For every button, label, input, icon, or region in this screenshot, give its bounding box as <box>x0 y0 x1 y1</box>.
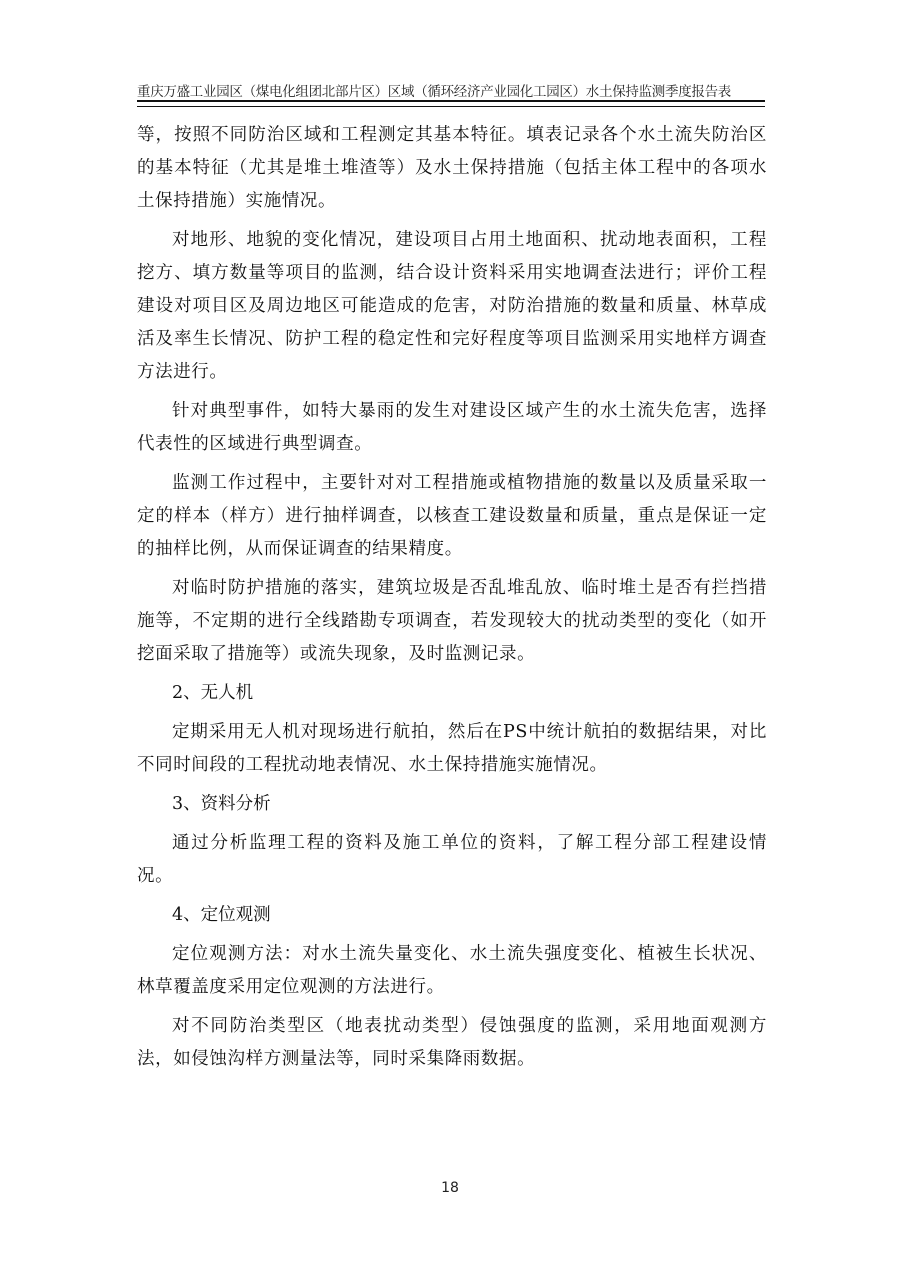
paragraph-data-analysis: 通过分析监理工程的资料及施工单位的资料，了解工程分部工程建设情况。 <box>137 827 767 893</box>
paragraph-continuation: 等，按照不同防治区域和工程测定其基本特征。填表记录各个水土流失防治区的基本特征（… <box>137 119 767 218</box>
document-body: 等，按照不同防治区域和工程测定其基本特征。填表记录各个水土流失防治区的基本特征（… <box>137 119 767 1082</box>
page-header-title: 重庆万盛工业园区（煤电化组团北部片区）区域（循环经济产业园化工园区）水土保持监测… <box>137 80 767 100</box>
paragraph-erosion-monitoring: 对不同防治类型区（地表扰动类型）侵蚀强度的监测，采用地面观测方法，如侵蚀沟样方测… <box>137 1010 767 1076</box>
section-heading-fixed-observation: 4、定位观测 <box>137 899 767 932</box>
paragraph-typical-events: 针对典型事件，如特大暴雨的发生对建设区域产生的水土流失危害，选择代表性的区域进行… <box>137 395 767 461</box>
paragraph-sampling: 监测工作过程中，主要针对对工程措施或植物措施的数量以及质量采取一定的样本（样方）… <box>137 467 767 566</box>
paragraph-drone: 定期采用无人机对现场进行航拍，然后在PS中统计航拍的数据结果，对比不同时间段的工… <box>137 716 767 782</box>
paragraph-terrain-monitoring: 对地形、地貌的变化情况，建设项目占用土地面积、扰动地表面积，工程挖方、填方数量等… <box>137 224 767 389</box>
page-number: 18 <box>0 1180 900 1196</box>
paragraph-fixed-observation-method: 定位观测方法：对水土流失量变化、水土流失强度变化、植被生长状况、林草覆盖度采用定… <box>137 938 767 1004</box>
paragraph-temporary-protection: 对临时防护措施的落实，建筑垃圾是否乱堆乱放、临时堆土是否有拦挡措施等，不定期的进… <box>137 572 767 671</box>
section-heading-data-analysis: 3、资料分析 <box>137 788 767 821</box>
section-heading-drone: 2、无人机 <box>137 677 767 710</box>
header-double-rule <box>137 100 765 107</box>
